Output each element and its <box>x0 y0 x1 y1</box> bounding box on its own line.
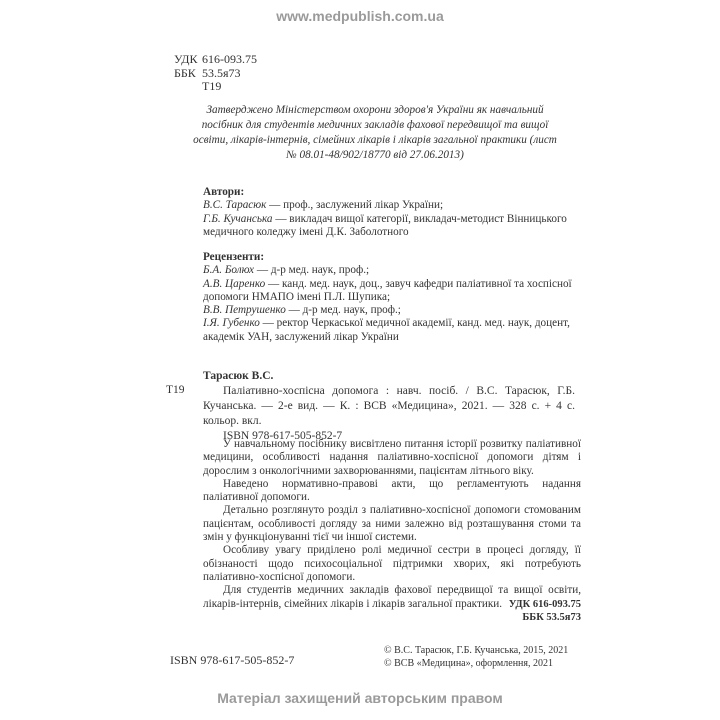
authors-heading: Автори: <box>203 186 578 199</box>
udk-value: 616-093.75 <box>202 53 257 67</box>
author-item: Г.Б. Кучанська — викладач вищої категорі… <box>203 213 578 240</box>
reviewer-item: А.В. Царенко — канд. мед. наук, доц., за… <box>203 278 578 305</box>
abstract-paragraph: Особливу увагу приділено ролі медичної с… <box>203 544 581 584</box>
bbk-code: ББК 53.5я73 <box>509 611 581 624</box>
biblio-entry: Паліативно-хоспісна допомога : навч. пос… <box>203 384 575 444</box>
isbn-bottom: ISBN 978-617-505-852-7 <box>170 653 294 668</box>
abstract-paragraph: У навчальному посібнику висвітлено питан… <box>203 438 581 478</box>
copyright-notice: Матеріал захищений авторським правом <box>0 690 720 706</box>
udk-code: УДК 616-093.75 <box>509 598 581 611</box>
author-mark: Т19 <box>202 80 221 94</box>
reviewer-item: В.В. Петрушенко — д-р мед. наук, проф.; <box>203 304 578 317</box>
biblio-mark: Т19 <box>166 384 185 396</box>
abstract-paragraph: Детально розглянуто розділ з паліативно-… <box>203 504 581 544</box>
copyright-line: © В.С. Тарасюк, Г.Б. Кучанська, 2015, 20… <box>384 645 568 658</box>
approval-note: Затверджено Міністерством охорони здоров… <box>190 103 560 163</box>
bbk-label: ББК <box>174 67 202 81</box>
udk-label: УДК <box>174 53 202 67</box>
author-item: В.С. Тарасюк — проф., заслужений лікар У… <box>203 199 578 212</box>
biblio-author: Тарасюк В.С. <box>203 370 273 382</box>
reviewers-section: Рецензенти: Б.А. Болюх — д-р мед. наук, … <box>203 251 578 344</box>
classification-codes-right: УДК 616-093.75 ББК 53.5я73 <box>509 598 581 624</box>
site-url: www.medpublish.com.ua <box>0 8 720 24</box>
classification-codes: УДК616-093.75 ББК53.5я73 Т19 <box>174 53 257 94</box>
abstract: У навчальному посібнику висвітлено питан… <box>203 438 581 611</box>
biblio-text: Паліативно-хоспісна допомога : навч. пос… <box>203 384 575 429</box>
authors-section: Автори: В.С. Тарасюк — проф., заслужений… <box>203 186 578 239</box>
reviewers-heading: Рецензенти: <box>203 251 578 264</box>
bbk-value: 53.5я73 <box>202 67 241 81</box>
reviewer-item: Б.А. Болюх — д-р мед. наук, проф.; <box>203 264 578 277</box>
copyright-block: © В.С. Тарасюк, Г.Б. Кучанська, 2015, 20… <box>384 645 568 670</box>
copyright-line: © ВСВ «Медицина», оформлення, 2021 <box>384 658 568 671</box>
reviewer-item: І.Я. Губенко — ректор Черкаської медично… <box>203 317 578 344</box>
abstract-paragraph: Наведено нормативно-правові акти, що рег… <box>203 478 581 505</box>
